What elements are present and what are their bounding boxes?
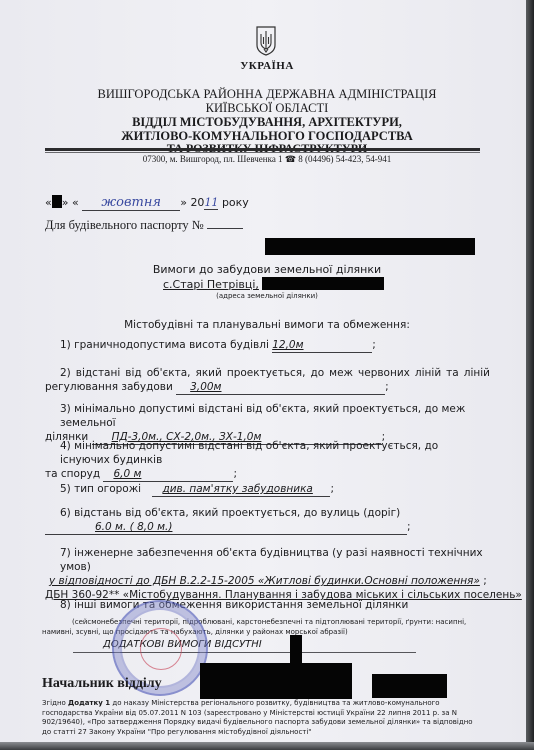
trident-icon — [255, 25, 277, 57]
item-end: ; — [233, 468, 237, 480]
item-label: 1) граничнодопустима висота будівлі — [45, 339, 269, 351]
scan-edge-right — [526, 0, 534, 750]
contact-line: 07300, м. Вишгород, пл. Шевченка 1 ☎ 8 (… — [0, 154, 534, 165]
requirements-title: Вимоги до забудови земельної ділянки — [0, 263, 534, 276]
quote-close: » — [62, 196, 69, 209]
quote-open: « — [72, 196, 79, 209]
dept-name-line1: ВІДДІЛ МІСТОБУДУВАННЯ, АРХІТЕКТУРИ, — [0, 115, 534, 130]
item-label-cont: та споруд — [45, 468, 100, 480]
location-line: с.Старі Петрівці, — [163, 277, 384, 291]
org-name-line2: КИЇВСЬКОЇ ОБЛАСТІ — [0, 101, 534, 116]
header-divider-thin — [45, 152, 480, 153]
item-end: ; — [330, 483, 334, 495]
item-label: 6) відстань від об'єкта, який проектуєть… — [45, 506, 490, 520]
header-divider — [45, 148, 480, 151]
passport-label: Для будівельного паспорту № — [45, 218, 204, 232]
item-value: див. пам'ятку забудовника — [162, 483, 312, 495]
item-end: ; — [385, 381, 389, 393]
item-end: ; — [372, 339, 376, 351]
item-label: 2) відстані від об'єкта, який проектуєть… — [45, 366, 490, 380]
item-value: 6,0 м — [113, 468, 141, 480]
footnote-bold: Додатку 1 — [68, 699, 110, 707]
quote-open: « — [45, 196, 52, 209]
item-value: у відповідності до ДБН В.2.2-15-2005 «Жи… — [45, 575, 480, 587]
date-line: «» « жовтня» 2011 року — [45, 195, 249, 211]
requirement-8-caption: (сейсмонебезпечні території, підроблюван… — [42, 617, 497, 637]
section-title: Містобудівні та планувальні вимоги та об… — [0, 319, 534, 331]
requirement-7: 7) інженерне забезпечення об'єкта будівн… — [45, 546, 505, 602]
requirement-4: 4) мінімально допустимі відстані від об'… — [45, 439, 490, 482]
phone: 8 (04496) 54-423, 54-941 — [298, 154, 391, 164]
passport-number — [207, 217, 243, 229]
item-label: 3) мінімально допустимі відстані від об'… — [45, 402, 490, 430]
item-value: 12,0м — [272, 339, 303, 351]
year-word: року — [222, 196, 249, 209]
location-village: с.Старі Петрівці, — [163, 278, 259, 291]
location-caption: (адреса земельної ділянки) — [0, 292, 534, 300]
org-name-line1: ВИШГОРОДСЬКА РАЙОННА ДЕРЖАВНА АДМІНІСТРА… — [0, 87, 534, 102]
scan-edge-bottom — [0, 742, 534, 750]
item-label: 8) інші вимоги та обмеження використання… — [45, 598, 490, 612]
requirement-1: 1) граничнодопустима висота будівлі 12,0… — [45, 338, 490, 353]
year-suffix: 11 — [204, 196, 218, 210]
item-label-cont: регулювання забудови — [45, 381, 173, 393]
country-name: УКРАЇНА — [0, 60, 534, 72]
passport-line: Для будівельного паспорту № — [45, 217, 243, 233]
item-label: 4) мінімально допустимі відстані від об'… — [45, 439, 490, 467]
redacted-name — [372, 674, 447, 698]
year-prefix: 20 — [190, 196, 204, 209]
redacted-day — [52, 195, 62, 208]
requirement-8: 8) інші вимоги та обмеження використання… — [45, 598, 490, 612]
item-end: ; — [407, 521, 411, 533]
item-value: 3,00м — [190, 381, 221, 393]
address: 07300, м. Вишгород, пл. Шевченка 1 — [143, 154, 283, 164]
item-label: 7) інженерне забезпечення об'єкта будівн… — [45, 546, 505, 574]
redacted-address — [262, 277, 384, 290]
item-label: 5) тип огорожі — [45, 483, 141, 495]
signature-title: Начальник відділу — [42, 676, 162, 692]
redacted-signature — [200, 663, 352, 699]
requirement-6: 6) відстань від об'єкта, який проектуєть… — [45, 506, 490, 535]
redacted-applicant — [265, 238, 475, 255]
quote-close: » — [180, 196, 187, 209]
month-field: жовтня — [82, 195, 180, 211]
document-page: УКРАЇНА ВИШГОРОДСЬКА РАЙОННА ДЕРЖАВНА АД… — [0, 0, 526, 746]
item-end: ; — [483, 575, 487, 587]
legal-footnote: Згідно Додатку 1 до наказу Міністерства … — [42, 699, 482, 737]
phone-icon: ☎ — [285, 154, 296, 164]
redacted-signature-stroke — [290, 635, 302, 665]
requirement-2: 2) відстані від об'єкта, який проектуєть… — [45, 366, 490, 395]
month-handwritten: жовтня — [101, 195, 161, 210]
item-value: 6.0 м. ( 8,0 м.) — [95, 521, 172, 533]
requirement-5: 5) тип огорожі див. пам'ятку забудовника… — [45, 482, 490, 497]
footnote-prefix: Згідно — [42, 699, 66, 707]
